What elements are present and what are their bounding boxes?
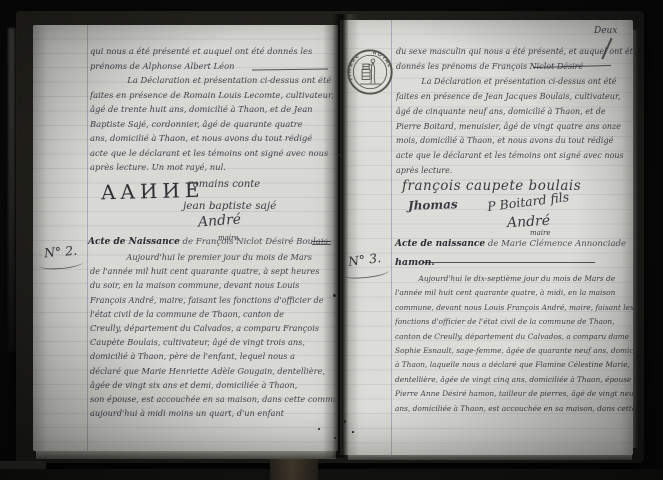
handwritten-line: Pierre Anne Désiré hamon, tailleur de pi… bbox=[395, 387, 633, 401]
flourish-stroke bbox=[312, 241, 331, 242]
ink-speck bbox=[333, 294, 336, 297]
signature: romains conte bbox=[188, 179, 260, 190]
book-support bbox=[270, 458, 318, 480]
handwritten-line: prénoms de Alphonse Albert Léon bbox=[90, 59, 338, 74]
page-number-annotation: Deux bbox=[594, 26, 617, 36]
timbre-royal-stamp: TIMBRE ROYAL bbox=[345, 47, 395, 97]
handwritten-line: âgé de cinquante neuf ans, domicilié à T… bbox=[396, 105, 633, 120]
page-fore-edge bbox=[633, 30, 638, 448]
handwritten-line: ans, domicilié à Thaon, et nous avons du… bbox=[90, 131, 338, 146]
handwritten-line: La Déclaration et présentation ci-dessus… bbox=[396, 75, 633, 90]
ink-speck bbox=[334, 437, 336, 439]
handwritten-line: dentellière, âgée de vingt cinq ans, dom… bbox=[395, 373, 633, 387]
handwritten-line: Baptiste Sajé, cordonnier, âgé de quaran… bbox=[90, 117, 338, 132]
handwritten-line: fonctions d'officier de l'état civil de … bbox=[395, 315, 633, 329]
handwritten-line: donnés les prénoms de François Niclot Dé… bbox=[396, 60, 633, 75]
left-birth-record-lines: Aujourd'hui le premier jour du mois de M… bbox=[90, 250, 338, 420]
signature: André bbox=[197, 212, 241, 231]
ink-speck bbox=[352, 431, 354, 433]
book-edge-highlight bbox=[8, 28, 15, 352]
flourish-stroke bbox=[423, 262, 595, 263]
register-scan-photo: TIMBRE ROYAL qui nous a été présenté et … bbox=[0, 0, 663, 480]
handwritten-line: âgé de trente huit ans, domicilié à Thao… bbox=[90, 102, 338, 117]
record-heading-name: de Marie Clémence Annonciade bbox=[485, 239, 626, 249]
handwritten-line: Pierre Boitard, menuisier, âgé de vingt … bbox=[396, 120, 633, 135]
handwritten-line: mois, domicilié à Thaon, et nous avons d… bbox=[396, 134, 633, 149]
handwritten-line: canton de Creully, département du Calvad… bbox=[395, 330, 633, 344]
handwritten-line: son épouse, est accouchée en sa maison, … bbox=[90, 392, 338, 406]
right-birth-record-lines: Aujourd'hui le dix-septième jour du mois… bbox=[395, 272, 633, 416]
handwritten-line: La Déclaration et présentation ci-dessus… bbox=[90, 73, 338, 88]
handwritten-line: à Thaon, laquelle nous a déclaré que Fla… bbox=[395, 358, 633, 372]
handwritten-line: François André, maire, faisant les fonct… bbox=[90, 293, 338, 307]
handwritten-line: acte que le déclarant et les témoins ont… bbox=[90, 146, 338, 161]
record-heading-name: de François Niclot Désiré Boulais bbox=[180, 237, 328, 247]
handwritten-line: du soir, en la maison commune, devant no… bbox=[90, 278, 338, 292]
signature: Jhomas bbox=[408, 197, 458, 213]
handwritten-line: déclaré que Marie Henriette Adèle Gougai… bbox=[90, 364, 338, 378]
record-heading-title: Acte de Naissance bbox=[88, 237, 180, 247]
handwritten-line: Aujourd'hui le dix-septième jour du mois… bbox=[395, 272, 633, 286]
handwritten-line: Sophie Esnault, sage-femme, âgée de quar… bbox=[395, 344, 633, 358]
handwritten-line: du sexe masculin qui nous a été présenté… bbox=[396, 45, 633, 60]
record-heading-title: Acte de naissance bbox=[395, 239, 485, 249]
handwritten-line: Caupète Boulais, cultivateur, âgé de vin… bbox=[90, 335, 338, 349]
ink-speck bbox=[338, 154, 340, 156]
record-heading: Acte de naissance de Marie Clémence Anno… bbox=[395, 239, 626, 249]
handwritten-line: l'année mil huit cent quarante quatre, à… bbox=[395, 286, 633, 300]
handwritten-line: acte que le déclarant et les témoins ont… bbox=[396, 149, 633, 164]
signature-title: maire bbox=[530, 229, 551, 237]
handwritten-line: de l'année mil huit cent quarante quatre… bbox=[90, 264, 338, 278]
handwritten-line: commune, devant nous Louis François Andr… bbox=[395, 301, 633, 315]
handwritten-line: Aujourd'hui le premier jour du mois de M… bbox=[90, 250, 338, 264]
handwritten-line: faites en présence de Jean Jacques Boula… bbox=[396, 90, 633, 105]
handwritten-line: faites en présence de Romain Louis Lecom… bbox=[90, 88, 338, 103]
handwritten-line: âgée de vingt six ans et demi, domicilié… bbox=[90, 378, 338, 392]
flourish-stroke bbox=[312, 244, 331, 245]
handwritten-line: après lecture. Un mot rayé, nul. bbox=[90, 160, 338, 175]
ink-speck bbox=[343, 420, 346, 423]
left-top-record-lines: qui nous a été présenté et auquel ont ét… bbox=[90, 44, 338, 175]
background-bottom-band bbox=[0, 469, 663, 480]
handwritten-line: Creully, département du Calvados, a comp… bbox=[90, 321, 338, 335]
handwritten-line: après lecture. bbox=[396, 164, 633, 179]
ink-speck bbox=[318, 428, 320, 430]
record-heading: Acte de Naissance de François Niclot Dés… bbox=[88, 237, 328, 247]
handwritten-line: l'état civil de la commune de Thaon, can… bbox=[90, 307, 338, 321]
ink-speck bbox=[337, 404, 339, 406]
signature: jean baptiste sajé bbox=[183, 200, 276, 212]
handwritten-line: qui nous a été présenté et auquel ont ét… bbox=[90, 44, 338, 59]
handwritten-line: ans, domiciliée à Thaon, est accouchée e… bbox=[395, 402, 633, 416]
handwritten-line: aujourd'hui à midi moins un quart, d'un … bbox=[90, 406, 338, 420]
handwritten-line: domicilié à Thaon, père de l'enfant, leq… bbox=[90, 349, 338, 363]
